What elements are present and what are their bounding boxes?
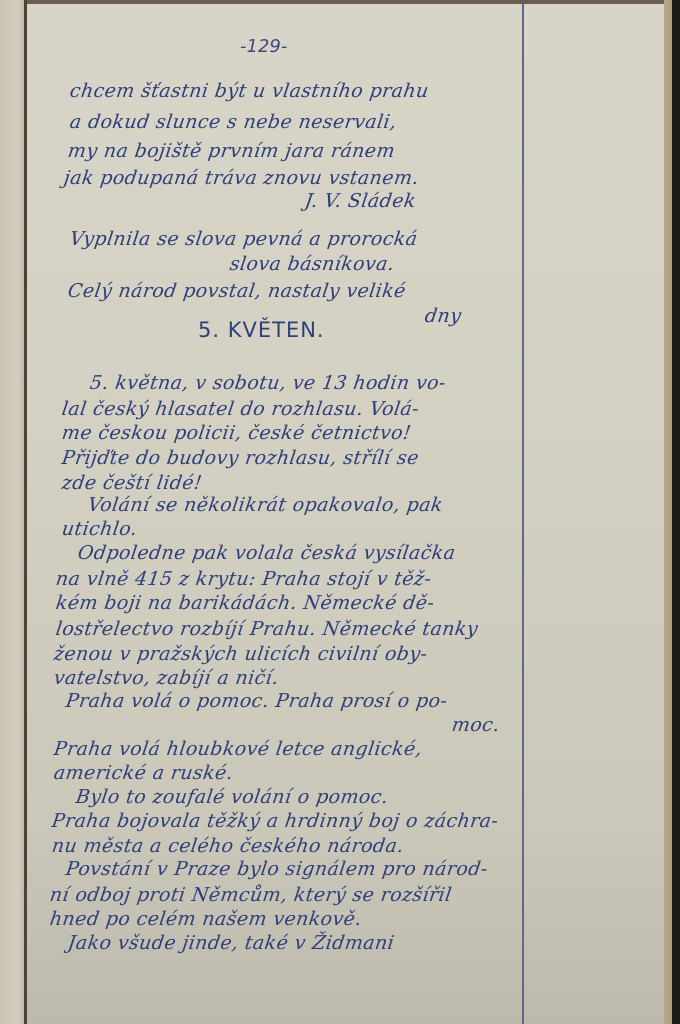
margin-rule — [522, 4, 524, 1024]
left-page-edge — [0, 0, 26, 1024]
body-line: Volání se několikrát opakovalo, pak — [86, 494, 444, 516]
body-line: Jako všude jinde, také v Židmani — [66, 932, 395, 954]
intro-line: Celý národ povstal, nastaly veliké — [66, 280, 407, 302]
body-line: Přijďte do budovy rozhlasu, střílí se — [60, 447, 420, 469]
body-line: nu města a celého českého národa. — [50, 835, 405, 857]
body-line: na vlně 415 z krytu: Praha stojí v těž- — [54, 568, 432, 590]
body-line: me českou policii, české četnictvo! — [60, 422, 412, 444]
body-line: Bylo to zoufalé volání o pomoc. — [74, 786, 389, 808]
body-line: Praha volá hloubkové letce anglické, — [52, 738, 423, 760]
body-line: Praha bojovala těžký a hrdinný boj o zác… — [50, 810, 499, 832]
body-line: lal český hlasatel do rozhlasu. Volá- — [60, 398, 420, 420]
body-line: ní odboj proti Němcům, který se rozšířil — [48, 884, 453, 906]
poem-author: J. V. Sládek — [303, 190, 417, 212]
body-line: lostřelectvo rozbíjí Prahu. Německé tank… — [54, 618, 479, 640]
body-line: Odpoledne pak volala česká vysílačka — [76, 542, 457, 564]
body-line: 5. května, v sobotu, ve 13 hodin vo- — [88, 372, 447, 394]
poem-line: chcem šťastni být u vlastního prahu — [68, 80, 430, 102]
body-line: hned po celém našem venkově. — [48, 908, 363, 930]
poem-line: a dokud slunce s nebe neservali, — [68, 111, 398, 133]
body-line: americké a ruské. — [52, 762, 234, 784]
body-line: zde čeští lidé! — [60, 472, 203, 494]
body-line: utichlo. — [60, 518, 138, 540]
body-line: Praha volá o pomoc. Praha prosí o po- — [64, 690, 448, 712]
body-line: Povstání v Praze bylo signálem pro národ… — [64, 858, 489, 880]
body-line: kém boji na barikádách. Německé dě- — [54, 592, 435, 614]
intro-line: slova básníkova. — [228, 253, 395, 275]
body-line: ženou v pražských ulicích civilní oby- — [52, 643, 429, 665]
page-number: -129- — [240, 36, 287, 57]
poem-line: jak podupaná tráva znovu vstanem. — [62, 167, 420, 189]
intro-line: Vyplnila se slova pevná a prorocká — [68, 228, 419, 250]
section-heading: 5. KVĚTEN. — [198, 318, 325, 342]
background-edge — [672, 0, 680, 1024]
body-line: vatelstvo, zabíjí a ničí. — [52, 667, 280, 689]
poem-line: my na bojiště prvním jara ránem — [66, 140, 396, 162]
intro-line: dny — [423, 305, 462, 327]
body-line: moc. — [450, 714, 501, 736]
